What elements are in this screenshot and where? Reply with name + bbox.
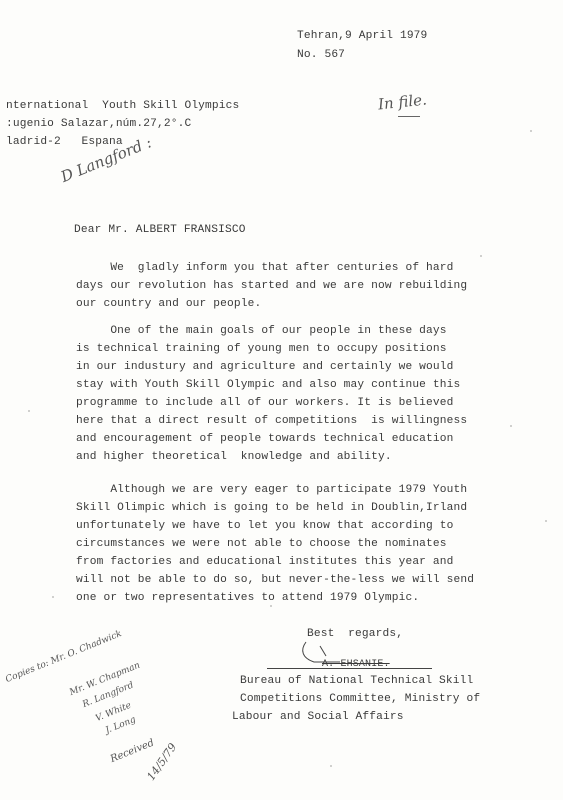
address-line: ladrid-2 Espana — [6, 136, 123, 149]
scan-speck — [480, 255, 482, 257]
signatory-title-line: Bureau of National Technical Skill — [240, 675, 473, 688]
address-line: nternational Youth Skill Olympics — [6, 100, 239, 113]
handwritten-in-file-note: In file. — [377, 90, 427, 113]
scan-speck — [545, 520, 547, 522]
body-line: circumstances we were not able to choose… — [76, 538, 447, 551]
body-line: one or two representatives to attend 197… — [76, 592, 419, 605]
scan-speck — [510, 425, 512, 427]
body-line: Although we are very eager to participat… — [76, 484, 467, 497]
place-date: Tehran,9 April 1979 — [297, 30, 427, 43]
body-line: in our industury and agriculture and cer… — [76, 361, 454, 374]
body-line: and higher theoretical knowledge and abi… — [76, 451, 392, 464]
body-line: We gladly inform you that after centurie… — [76, 262, 454, 275]
scan-speck — [270, 605, 272, 607]
reference-number: No. 567 — [297, 49, 345, 62]
address-line: :ugenio Salazar,núm.27,2°.C — [6, 118, 191, 131]
handwritten-underline — [398, 116, 420, 117]
signatory-title-line: Labour and Social Affairs — [232, 711, 404, 724]
salutation: Dear Mr. ALBERT FRANSISCO — [74, 224, 246, 237]
scan-speck — [28, 410, 30, 412]
body-line: here that a direct result of competition… — [76, 415, 467, 428]
signatory-name: A. EHSANIE. — [322, 658, 390, 671]
signatory-title-line: Competitions Committee, Ministry of — [240, 693, 480, 706]
body-line: One of the main goals of our people in t… — [76, 325, 447, 338]
body-line: from factories and educational institute… — [76, 556, 454, 569]
body-line: stay with Youth Skill Olympic and also m… — [76, 379, 460, 392]
handwritten-line: Received — [109, 738, 156, 765]
body-line: days our revolution has started and we a… — [76, 280, 467, 293]
scan-speck — [330, 765, 332, 767]
scan-speck — [530, 130, 532, 132]
body-line: is technical training of young men to oc… — [76, 343, 447, 356]
body-line: and encouragement of people towards tech… — [76, 433, 454, 446]
letter-page: Tehran,9 April 1979 No. 567 nternational… — [0, 0, 563, 800]
body-line: programme to include all of our workers.… — [76, 397, 454, 410]
body-line: our country and our people. — [76, 298, 261, 311]
body-line: will not be able to do so, but never-the… — [76, 574, 474, 587]
scan-speck — [52, 596, 54, 598]
body-line: unfortunately we have to let you know th… — [76, 520, 454, 533]
body-line: Skill Olimpic which is going to be held … — [76, 502, 467, 515]
